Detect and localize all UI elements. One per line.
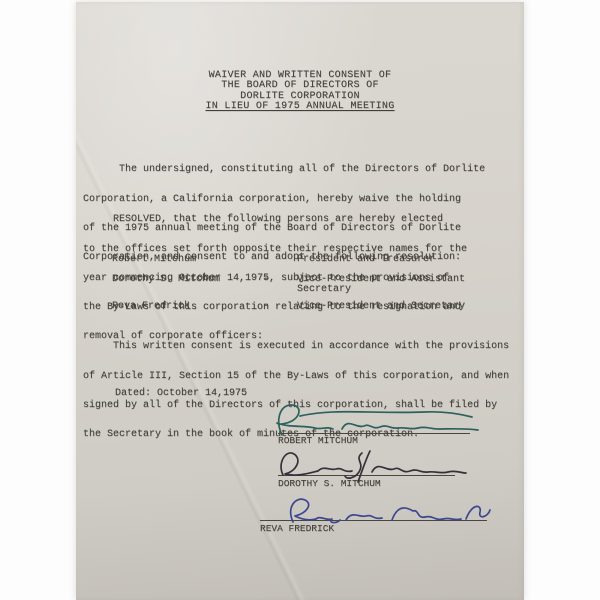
document-title: WAIVER AND WRITTEN CONSENT OF THE BOARD … — [76, 71, 524, 112]
dated-line: Dated: October 14,1975 — [115, 388, 247, 399]
title-line-underlined: IN LIEU OF 1975 ANNUAL MEETING — [76, 102, 524, 112]
signature-ink-reva-fredrick — [280, 494, 492, 530]
text-line: This written consent is executed in acco… — [83, 342, 509, 352]
officer-name: Dorothy S. Mitchum — [112, 275, 263, 294]
text-line: The undersigned, constituting all of the… — [83, 165, 485, 175]
officer-separator: - — [263, 275, 297, 294]
officer-separator: - — [263, 255, 297, 265]
signature-ink-robert-mitchum — [270, 400, 488, 440]
signature-ink-dorothy-mitchum — [274, 446, 469, 486]
text-line: to the offices set forth opposite their … — [83, 245, 467, 255]
officer-name: Reva Fredrick — [112, 302, 263, 312]
document-page: WAIVER AND WRITTEN CONSENT OF THE BOARD … — [76, 2, 524, 600]
officer-title: Vice-President and Assistant Secretary — [297, 275, 465, 294]
text-line: RESOLVED, that the following persons are… — [83, 215, 467, 225]
photo-background: WAIVER AND WRITTEN CONSENT OF THE BOARD … — [0, 0, 600, 600]
officer-row: Robert Mitchum - President and Treasurer — [112, 255, 435, 265]
officer-title: President and Treasurer — [297, 255, 435, 265]
officer-separator: - — [263, 302, 297, 312]
officer-title: Vice-President and Secretary — [297, 302, 465, 312]
officer-name: Robert Mitchum — [112, 255, 263, 265]
officer-row: Reva Fredrick - Vice-President and Secre… — [112, 302, 465, 312]
text-line: of Article III, Section 15 of the By-Law… — [83, 372, 509, 382]
officer-row: Dorothy S. Mitchum - Vice-President and … — [112, 275, 465, 294]
